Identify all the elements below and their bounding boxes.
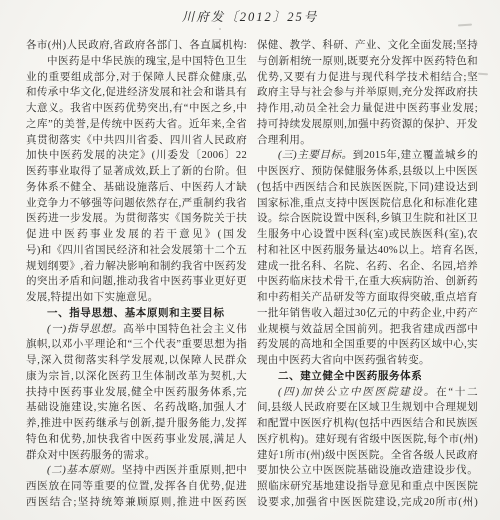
right-column-line-16: 中医药临床技术骨干,在重大疾病防治、创新药物	[257, 274, 478, 290]
right-column-line-25: 和配置中医医疗机构(包括中西医结合和民族医	[257, 416, 478, 432]
right-column-line-12: 设。综合医院设置中医科,乡镇卫生院和社区卫	[257, 211, 478, 227]
right-column-line-29: 照临床研究基地建设指导意见和重点中医医院建	[257, 479, 478, 495]
left-column-line-26: 特色和优势,加快我省中医药事业发展,满足人民	[26, 432, 247, 448]
left-column-line-9: 医药事业取得了显著成效,跃上了新的台阶。但服	[26, 164, 247, 180]
left-column-line-8: 加快中医药发展的决定》(川委发〔2006〕22号),中	[26, 148, 247, 164]
subsection-lead: (一)指导思想。	[47, 324, 123, 335]
right-column-line-24: 间,县级人民政府要在区域卫生规划中合理规划	[257, 400, 478, 416]
subsection-lead: (四)加快公立中医医院建设。	[278, 387, 436, 398]
left-column-line-30: 西医结合;坚持统筹兼顾原则,推进中医药医疗、	[26, 495, 247, 511]
right-column-line-14: 村和社区中医药服务量达40%以上。培育名医,	[257, 243, 478, 259]
right-column-line-8: (三)主要目标。到2015年,建立覆盖城乡的	[257, 148, 478, 164]
right-column-line-28: 要加快公立中医医院基础设施改造建设步伐。按	[257, 463, 478, 479]
text-columns: 各市(州)人民政府,省政府各部门、各直属机构:中医药是中华民族的瑰宝,是中国特色…	[0, 26, 500, 511]
right-column-line-18: 一批年销售收入超过30亿元的中药企业,中药产	[257, 306, 478, 322]
subsection-lead: (二)基本原则。	[47, 465, 122, 476]
right-column-line-3: 优势,又要有力促进与现代科学技术相结合;坚持	[257, 70, 478, 86]
document-number: 川府发〔2012〕25号	[0, 0, 500, 26]
left-column-line-12: 医药进一步发展。为贯彻落实《国务院关于扶持和	[26, 211, 247, 227]
right-column-line-26: 医疗机构)。建好现有省级中医医院,每个市(州)	[257, 432, 478, 448]
right-column-line-30: 设要求,加强省中医医院建设,完成20所市(州)	[257, 495, 478, 511]
left-column-line-4: 和传承中华文化,促进经济发展和社会和谐具有重	[26, 85, 247, 101]
left-column-line-14: 号)和《四川省国民经济和社会发展第十二个五年	[26, 243, 247, 259]
subsection-lead: (三)主要目标。	[278, 150, 353, 161]
right-column-line-4: 政府主导与社会参与并举原则,充分发挥政府扶	[257, 85, 478, 101]
right-column-line-11: 国家标准,重点支持中医医院信息化和标准化建	[257, 196, 478, 212]
left-column-line-18: 一、指导思想、基本原则和主要目标	[26, 306, 247, 322]
right-column-line-5: 持作用,动员全社会力量促进中医药事业发展;坚	[257, 101, 478, 117]
left-column-line-11: 业竞争力不够强等问题依然存在,严重制约我省中	[26, 196, 247, 212]
right-column-line-17: 和中药相关产品研发等方面取得突破,重点培育	[257, 290, 478, 306]
right-column-line-10: (包括中西医结合和民族医医院,下同)建设达到	[257, 180, 478, 196]
right-column-line-27: 建好1所市(州)级中医医院。全省各级人民政府	[257, 448, 478, 464]
left-column-line-19: (一)指导思想。高举中国特色社会主义伟大	[26, 322, 247, 338]
scan-artifact	[219, 28, 221, 30]
left-column-line-1: 各市(州)人民政府,省政府各部门、各直属机构:	[26, 38, 247, 54]
left-column-line-21: 导,深入贯彻落实科学发展观,以保障人民群众健	[26, 353, 247, 369]
left-column-line-25: 养,推进中医药继承与创新,提升服务能力,发挥	[26, 416, 247, 432]
right-column-line-23: (四)加快公立中医医院建设。在“十二五”期	[257, 385, 478, 401]
right-column-line-7: 合理利用。	[257, 133, 478, 149]
right-column-line-1: 保健、教学、科研、产业、文化全面发展;坚持继承	[257, 38, 478, 54]
left-column-line-28: (二)基本原则。坚持中西医并重原则,把中	[26, 463, 247, 479]
left-column-line-13: 促进中医药事业发展的若干意见》(国发〔2009〕22	[26, 227, 247, 243]
left-column-line-16: 的突出矛盾和问题,推动我省中医药事业更好更快	[26, 274, 247, 290]
right-column-line-2: 与创新相统一原则,既要充分发挥中医药特色和	[257, 54, 478, 70]
left-column-line-27: 群众对中医药服务的需求。	[26, 448, 247, 464]
right-column-line-20: 药发展的高地和全国重要的中医药区域中心,实	[257, 337, 478, 353]
left-column-line-2: 中医药是中华民族的瑰宝,是中国特色卫生事	[26, 54, 247, 70]
right-column: 保健、教学、科研、产业、文化全面发展;坚持继承与创新相统一原则,既要充分发挥中医…	[257, 38, 478, 511]
right-column-line-6: 持可持续发展原则,加强中药资源的保护、开发和	[257, 117, 478, 133]
right-column-line-13: 生服务中心设置中医科(室)或民族医科(室),农	[257, 227, 478, 243]
right-column-line-15: 建成一批名科、名院、名药、名企、名园,培养一批	[257, 259, 478, 275]
right-column-line-21: 现由中医药大省向中医药强省转变。	[257, 353, 478, 369]
left-column-line-29: 西医放在同等重要的位置,发挥各自优势,促进中	[26, 479, 247, 495]
right-column-line-22: 二、建立健全中医药服务体系	[257, 369, 478, 385]
right-column-line-9: 中医医疗、预防保健服务体系,县级以上中医医院	[257, 164, 478, 180]
left-column-line-15: 规划纲要》,着力解决影响和制约我省中医药发展	[26, 259, 247, 275]
right-column-line-19: 业规模与效益居全国前列。把我省建成西部中医	[257, 322, 478, 338]
left-column-line-10: 务体系不健全、基础设施落后、中医药人才缺乏、产	[26, 180, 247, 196]
left-column-line-24: 基础设施建设,实施名医、名药战略,加强人才培	[26, 400, 247, 416]
left-column-line-20: 旗帜,以邓小平理论和“三个代表”重要思想为指	[26, 337, 247, 353]
left-column-line-5: 大意义。我省中医药优势突出,有“中医之乡,中药	[26, 101, 247, 117]
left-column-line-17: 发展,特提出如下实施意见。	[26, 290, 247, 306]
left-column-line-7: 真贯彻落实《中共四川省委、四川省人民政府关于	[26, 133, 247, 149]
left-column-line-23: 扶持中医药事业发展,健全中医药服务体系,完善	[26, 385, 247, 401]
left-column: 各市(州)人民政府,省政府各部门、各直属机构:中医药是中华民族的瑰宝,是中国特色…	[26, 38, 247, 511]
document-page: 川府发〔2012〕25号 各市(州)人民政府,省政府各部门、各直属机构:中医药是…	[0, 0, 500, 520]
left-column-line-6: 之库”的美誉,是传统中医药大省。近年来,全省认	[26, 117, 247, 133]
left-column-line-22: 康为宗旨,以深化医药卫生体制改革为契机,大力	[26, 369, 247, 385]
left-column-line-3: 业的重要组成部分,对于保障人民群众健康,弘扬	[26, 70, 247, 86]
